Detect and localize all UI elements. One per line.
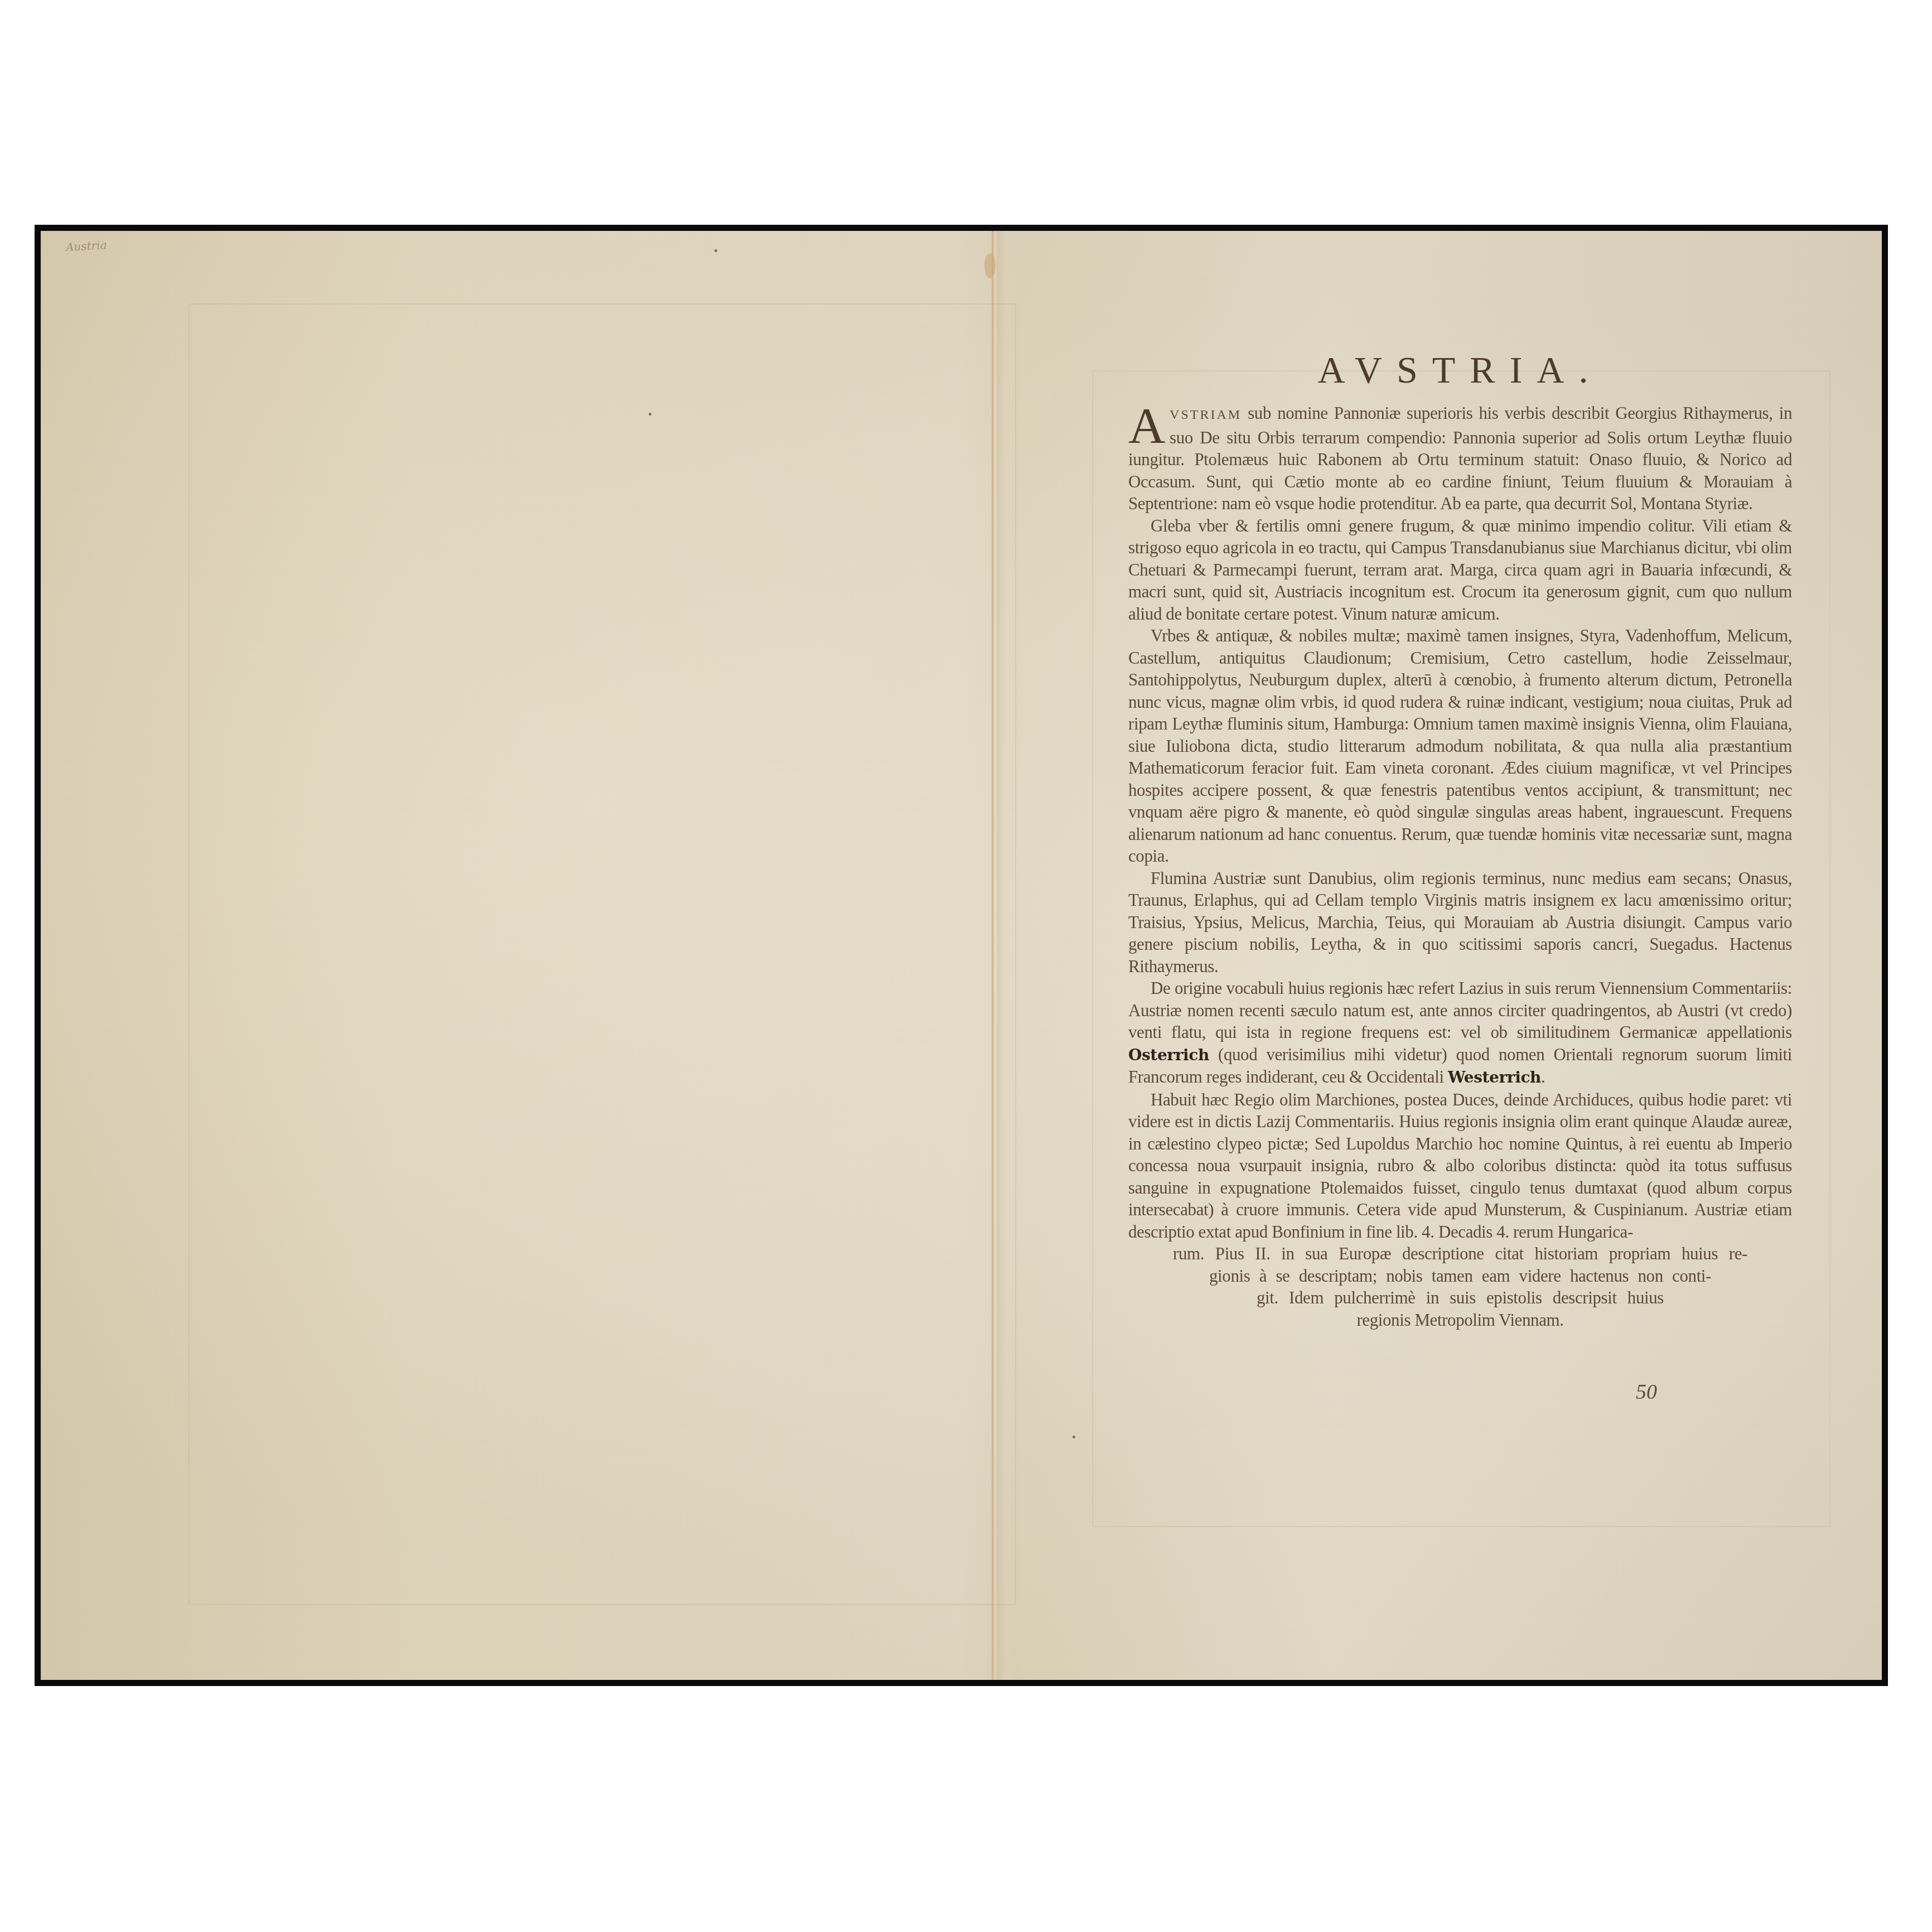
paragraph-4: Flumina Austriæ sunt Danubius, olim regi… (1128, 867, 1792, 978)
paper-speck (714, 249, 717, 252)
paragraph-5-text-c: . (1541, 1067, 1545, 1086)
paper-speck (649, 413, 651, 416)
fold-crease (991, 231, 994, 1680)
paragraph-1: AVSTRIAM sub nomine Pannoniæ superioris … (1128, 402, 1792, 515)
paper-sheet: Austria AVSTRIA. AVSTRIAM sub nomine Pan… (41, 231, 1882, 1680)
center-fold (983, 231, 1006, 1680)
paragraph-5: De origine vocabuli huius regionis hæc r… (1128, 977, 1792, 1089)
paragraph-5-text-a: De origine vocabuli huius regionis hæc r… (1128, 978, 1792, 1042)
paragraph-3: Vrbes & antiquæ, & nobiles multæ; maximè… (1128, 625, 1792, 867)
lead-word: VSTRIAM (1170, 408, 1242, 422)
tail-line: regionis Metropolim Viennam. (1343, 1309, 1577, 1331)
scan-frame: Austria AVSTRIA. AVSTRIAM sub nomine Pan… (35, 225, 1888, 1686)
fold-shadow (997, 231, 1006, 1680)
page-title: AVSTRIA. (1128, 348, 1792, 392)
article-body: AVSTRIAM sub nomine Pannoniæ superioris … (1128, 402, 1792, 1243)
fold-stain (984, 253, 996, 278)
tail-line: gionis à se descriptam; nobis tamen eam … (1209, 1265, 1711, 1287)
tail-line: rum. Pius II. in sua Europæ descriptione… (1173, 1243, 1747, 1265)
drop-cap: A (1128, 405, 1165, 446)
plate-mark-left (189, 303, 1016, 1605)
blackletter-word-westerrich: Westerrich (1448, 1068, 1541, 1086)
paper-speck (1073, 1436, 1075, 1438)
tapered-tail: rum. Pius II. in sua Europæ descriptione… (1128, 1243, 1792, 1331)
paragraph-6: Habuit hæc Regio olim Marchiones, postea… (1128, 1089, 1792, 1243)
paragraph-2: Gleba vber & fertilis omni genere frugum… (1128, 515, 1792, 625)
handwritten-note: Austria (65, 238, 107, 254)
tail-line: git. Idem pulcherrimè in suis epistolis … (1257, 1287, 1664, 1309)
blackletter-word-osterrich: Osterrich (1128, 1046, 1209, 1064)
article-text-block: AVSTRIA. AVSTRIAM sub nomine Pannoniæ su… (1128, 348, 1792, 1331)
page-number: 50 (1636, 1380, 1657, 1404)
